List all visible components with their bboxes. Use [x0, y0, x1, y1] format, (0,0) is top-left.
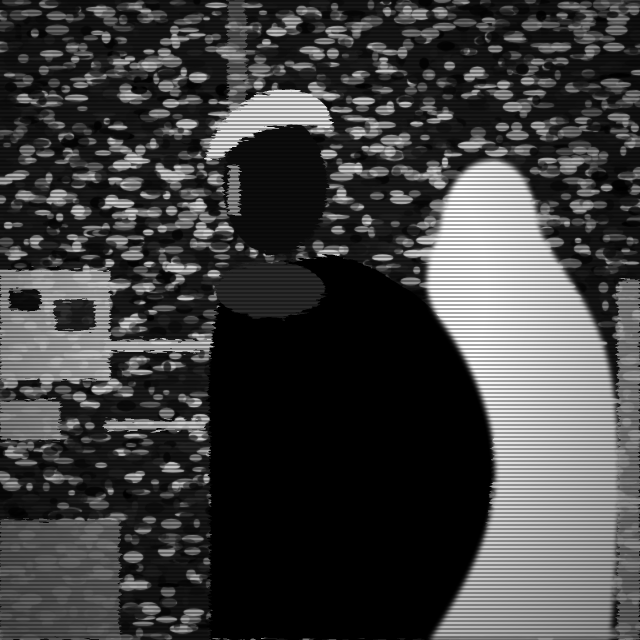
vignette-overlay: [0, 0, 640, 640]
noisy-photo: [0, 0, 640, 640]
